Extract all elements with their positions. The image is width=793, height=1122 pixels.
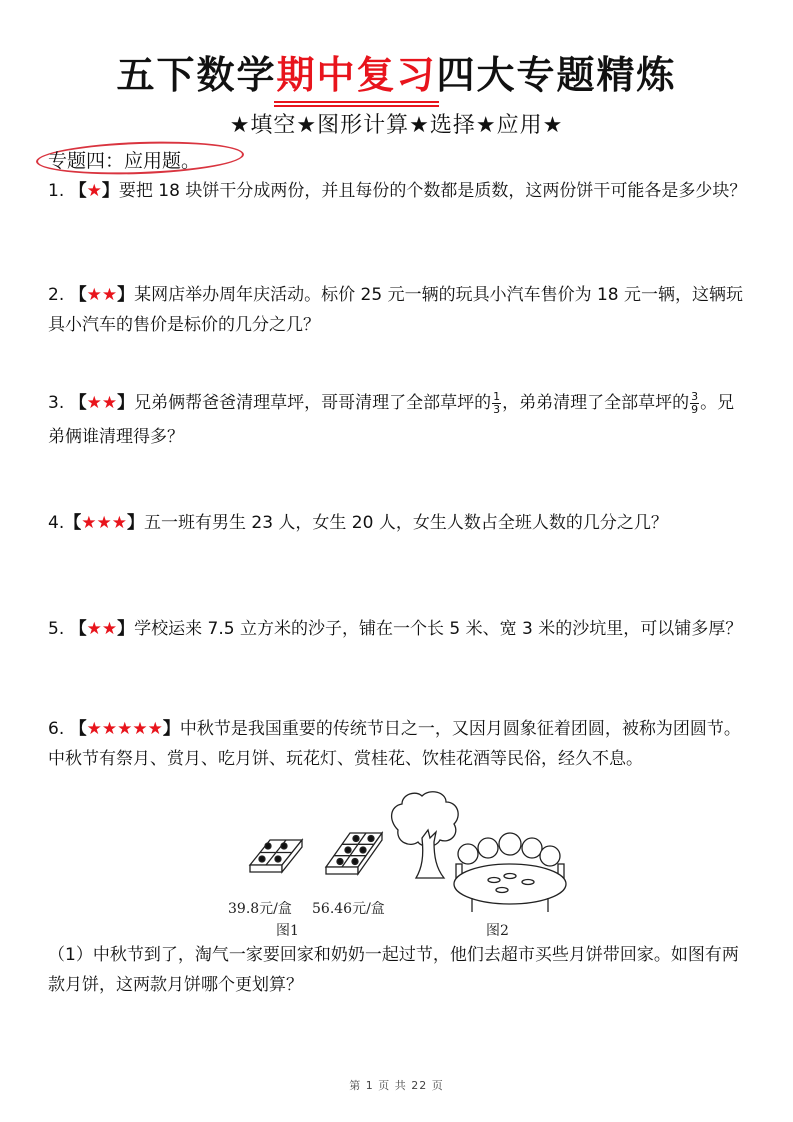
section-heading: 专题四：应用题。 — [48, 146, 200, 173]
question-number: 2. — [48, 285, 64, 305]
question-number: 4. — [48, 513, 64, 533]
fraction-one-third: 13 — [492, 391, 501, 416]
title-prefix: 五下数学 — [116, 53, 276, 97]
fraction-three-ninths: 39 — [690, 391, 699, 416]
title-suffix: 四大专题精炼 — [437, 53, 677, 97]
question-text: 要把 18 块饼干分成两份，并且每份的个数都是质数，这两份饼干可能各是多少块？ — [119, 181, 746, 201]
tree-icon — [392, 792, 459, 878]
question-5: 5. 【★★】学校运来 7.5 立方米的沙子，铺在一个长 5 米、宽 3 米的沙… — [48, 614, 748, 644]
difficulty-stars: ★★★★★ — [87, 719, 163, 739]
question-6: 6. 【★★★★★】中秋节是我国重要的传统节日之一，又因月圆象征着团圆，被称为团… — [48, 714, 748, 774]
question-number: 3. — [48, 393, 64, 413]
question-text-a: 兄弟俩帮爸爸清理草坪，哥哥清理了全部草坪的 — [134, 393, 491, 413]
mooncake-figure: 39.8元/盒 56.46元/盒 图1 图2 — [210, 790, 590, 940]
box-1-price: 39.8元/盒 — [228, 898, 292, 918]
question-text: 某网店举办周年庆活动。标价 25 元一辆的玩具小汽车售价为 18 元一辆，这辆玩… — [48, 285, 743, 335]
question-text: 五一班有男生 23 人，女生 20 人，女生人数占全班人数的几分之几？ — [144, 513, 668, 533]
figure-1-caption: 图1 — [276, 920, 299, 940]
question-4: 4.【★★★】五一班有男生 23 人，女生 20 人，女生人数占全班人数的几分之… — [48, 508, 748, 538]
question-number: 1. — [48, 181, 64, 201]
question-number: 5. — [48, 619, 64, 639]
question-number: 6. — [48, 719, 64, 739]
question-1: 1. 【★】要把 18 块饼干分成两份，并且每份的个数都是质数，这两份饼干可能各… — [48, 176, 748, 206]
family-dinner-icon — [454, 833, 566, 912]
page-title: 五下数学期中复习四大专题精炼 — [0, 44, 793, 99]
mooncake-box-1-icon — [250, 840, 302, 872]
difficulty-stars: ★★ — [87, 619, 117, 639]
difficulty-stars: ★★ — [87, 393, 117, 413]
question-3: 3. 【★★】兄弟俩帮爸爸清理草坪，哥哥清理了全部草坪的13，弟弟清理了全部草坪… — [48, 386, 748, 454]
difficulty-stars: ★★★ — [81, 513, 127, 533]
question-text: 学校运来 7.5 立方米的沙子，铺在一个长 5 米、宽 3 米的沙坑里，可以铺多… — [134, 619, 742, 639]
title-highlight: 期中复习 — [276, 44, 436, 99]
difficulty-stars: ★★ — [87, 285, 117, 305]
subtitle: ★填空★图形计算★选择★应用★ — [0, 108, 793, 139]
question-2: 2. 【★★】某网店举办周年庆活动。标价 25 元一辆的玩具小汽车售价为 18 … — [48, 280, 748, 340]
figure-2-caption: 图2 — [486, 920, 509, 940]
mooncake-box-2-icon — [326, 833, 382, 874]
box-2-price: 56.46元/盒 — [312, 898, 385, 918]
page-footer: 第 1 页 共 22 页 — [0, 1077, 793, 1093]
question-6-part-1: （1）中秋节到了，淘气一家要回家和奶奶一起过节，他们去超市买些月饼带回家。如图有… — [48, 940, 748, 1000]
question-text-b: ，弟弟清理了全部草坪的 — [502, 393, 689, 413]
difficulty-stars: ★ — [87, 181, 102, 201]
